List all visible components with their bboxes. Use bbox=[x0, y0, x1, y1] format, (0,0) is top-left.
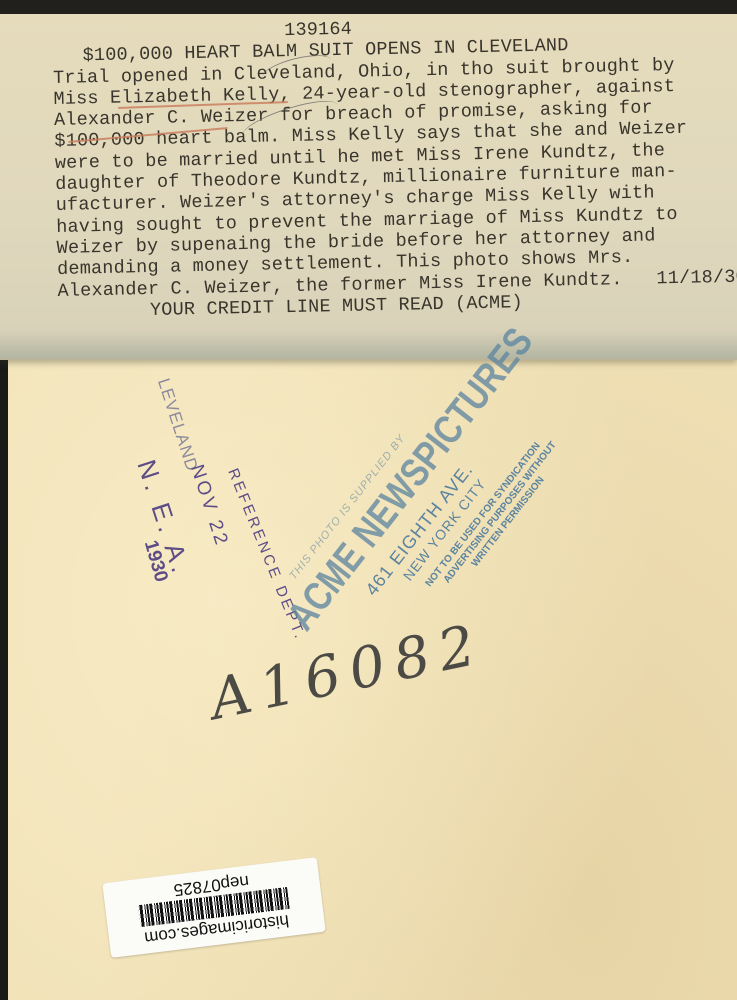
caption-slip: 139164 $100,000 HEART BALM SUIT OPENS IN… bbox=[0, 0, 737, 360]
typed-caption: 139164 $100,000 HEART BALM SUIT OPENS IN… bbox=[52, 11, 737, 323]
